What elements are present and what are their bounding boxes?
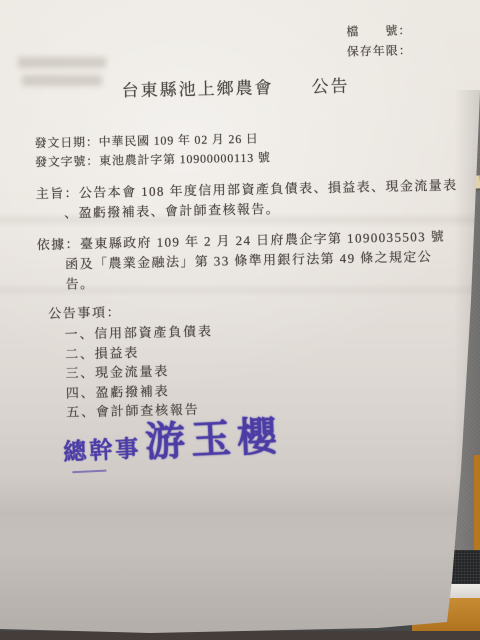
doc-number-line: 發文字號：東池農計字第 10900000113 號 [35,148,271,170]
background-bottom-strip [0,631,480,640]
stamp-underline [72,470,106,474]
doc-number-value: 東池農計字第 10900000113 號 [99,150,271,168]
document-content: 檔 號： 保存年限： 台東縣池上鄉農會 公告 發文日期：中華民國 109 年 0… [0,0,480,640]
basis-line-3: 告。 [65,273,94,293]
background-desk-edge [474,455,480,565]
announcement-item: 三、現金流量表 [65,361,169,382]
file-number-label: 檔 號： [346,20,411,41]
issue-date-value: 中華民國 109 年 02 月 26 日 [99,132,259,149]
doc-number-label: 發文字號： [35,154,99,169]
subject-label: 主旨： [36,185,80,201]
photo-canvas: 檔 號： 保存年限： 台東縣池上鄉農會 公告 發文日期：中華民國 109 年 0… [0,0,480,640]
document-title: 台東縣池上鄉農會 公告 [121,72,349,102]
issue-date-line: 發文日期：中華民國 109 年 02 月 26 日 [34,130,258,152]
retention-period-label: 保存年限： [347,40,412,61]
stamp-title-text: 總幹事 [63,436,142,465]
basis-label: 依據： [37,236,81,252]
announcement-item: 四、盈虧撥補表 [66,380,170,401]
file-number-block: 檔 號： 保存年限： [346,20,412,61]
stamp-name-text: 游玉櫻 [144,413,284,464]
subject-line-2: 、盈虧撥補表、會計師查核報告。 [64,198,280,222]
announcement-item: 二、損益表 [65,342,139,363]
paper-sheet: 檔 號： 保存年限： 台東縣池上鄉農會 公告 發文日期：中華民國 109 年 0… [0,0,480,640]
issue-date-label: 發文日期： [35,135,99,150]
subject-text: 公告本會 108 年度信用部資產負債表、損益表、現金流量表 [79,177,458,200]
announcement-items-heading: 公告事項： [48,301,121,322]
general-manager-signature-stamp: 總幹事游玉櫻 [62,404,284,471]
announcement-item: 一、信用部資產負債表 [64,321,212,343]
